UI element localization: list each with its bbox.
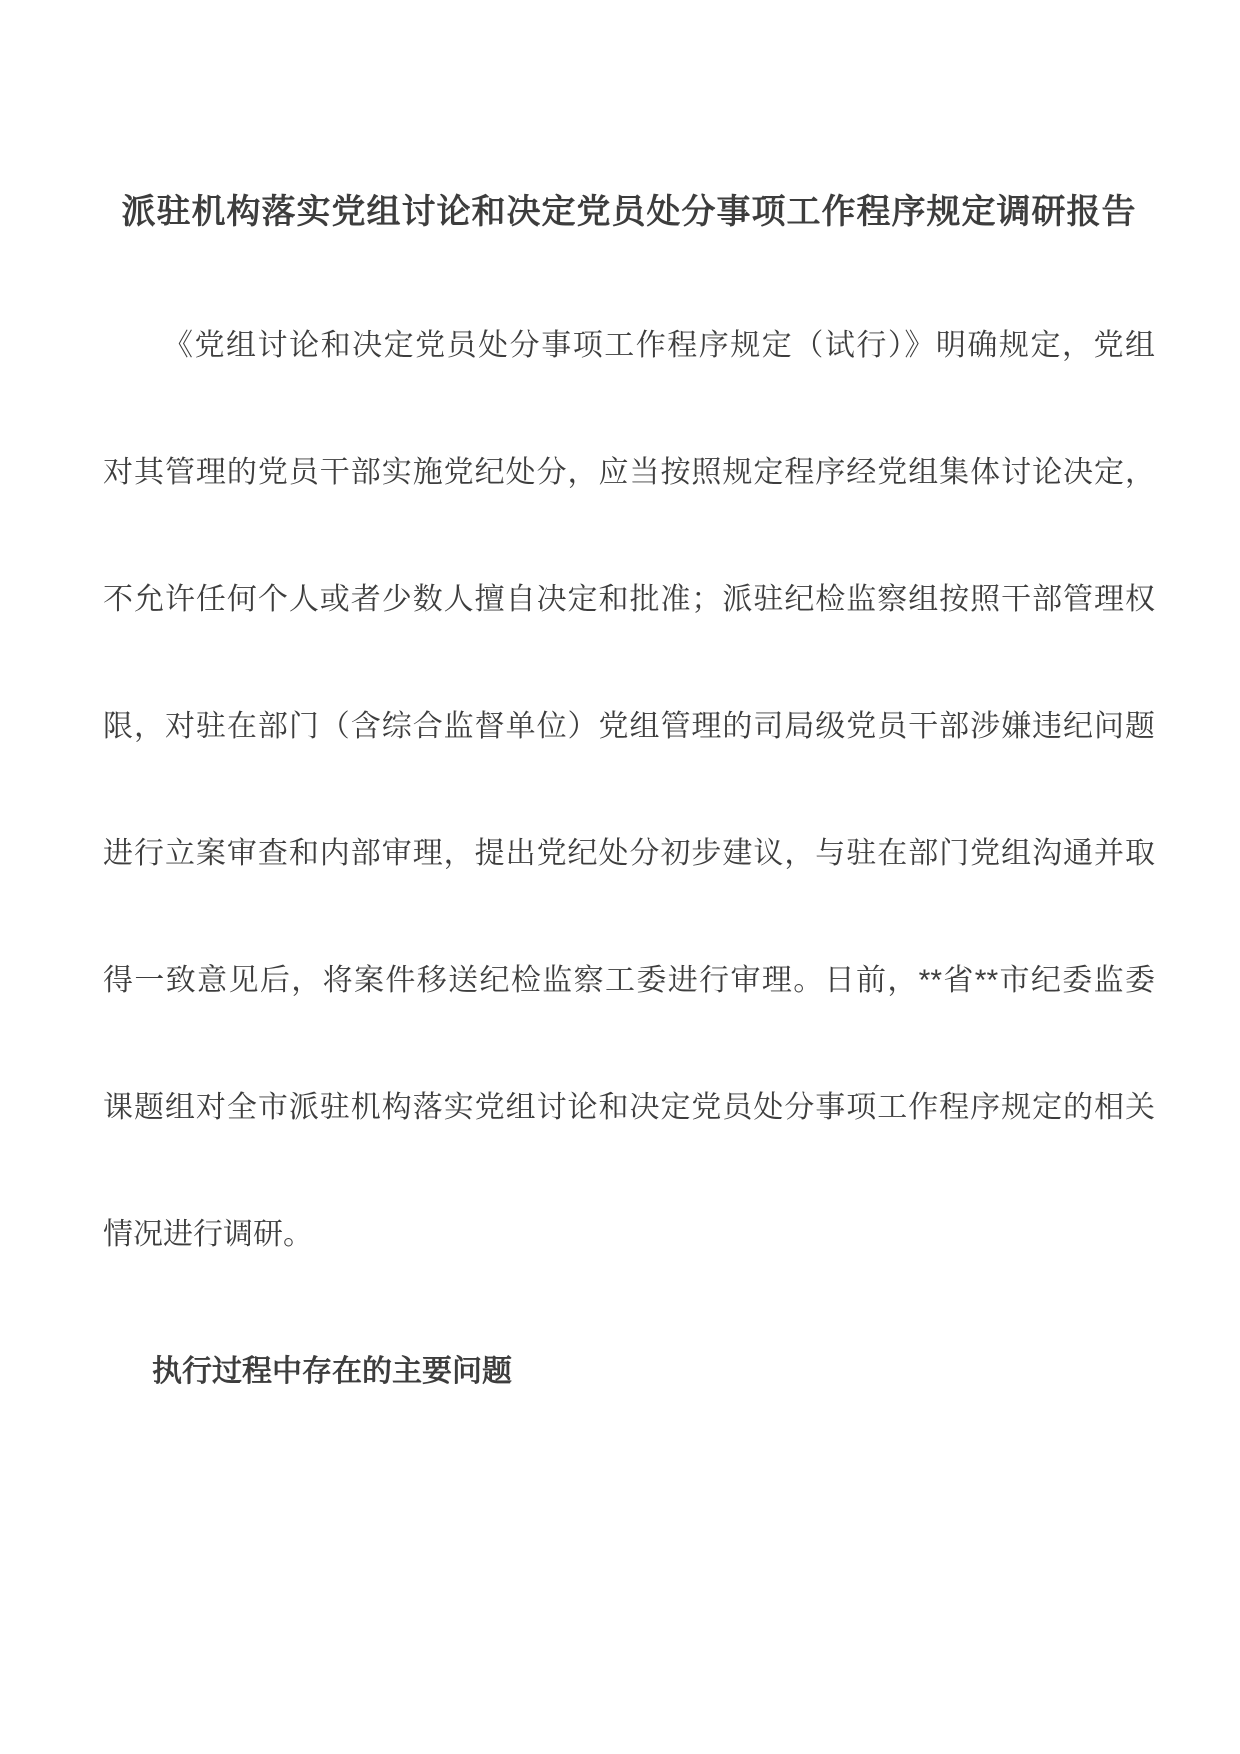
document-page: 派驻机构落实党组讨论和决定党员处分事项工作程序规定调研报告 《党组讨论和决定党员… bbox=[0, 0, 1240, 1754]
paragraph-line: 《党组讨论和决定党员处分事项工作程序规定（试行）》明确规定，党组 bbox=[103, 282, 1155, 409]
paragraph-line: 不允许任何个人或者少数人擅自决定和批准；派驻纪检监察组按照干部管理权 bbox=[103, 536, 1155, 663]
body-paragraph: 《党组讨论和决定党员处分事项工作程序规定（试行）》明确规定，党组 对其管理的党员… bbox=[103, 282, 1155, 1298]
paragraph-line: 课题组对全市派驻机构落实党组讨论和决定党员处分事项工作程序规定的相关 bbox=[103, 1044, 1155, 1171]
document-title: 派驻机构落实党组讨论和决定党员处分事项工作程序规定调研报告 bbox=[103, 0, 1155, 236]
paragraph-line: 对其管理的党员干部实施党纪处分，应当按照规定程序经党组集体讨论决定， bbox=[103, 409, 1155, 536]
paragraph-line: 限，对驻在部门（含综合监督单位）党组管理的司局级党员干部涉嫌违纪问题 bbox=[103, 663, 1155, 790]
paragraph-line: 进行立案审查和内部审理，提出党纪处分初步建议，与驻在部门党组沟通并取 bbox=[103, 790, 1155, 917]
section-heading: 执行过程中存在的主要问题 bbox=[103, 1350, 1155, 1394]
paragraph-line: 情况进行调研。 bbox=[103, 1171, 1155, 1298]
paragraph-line: 得一致意见后，将案件移送纪检监察工委进行审理。日前，**省**市纪委监委 bbox=[103, 917, 1155, 1044]
